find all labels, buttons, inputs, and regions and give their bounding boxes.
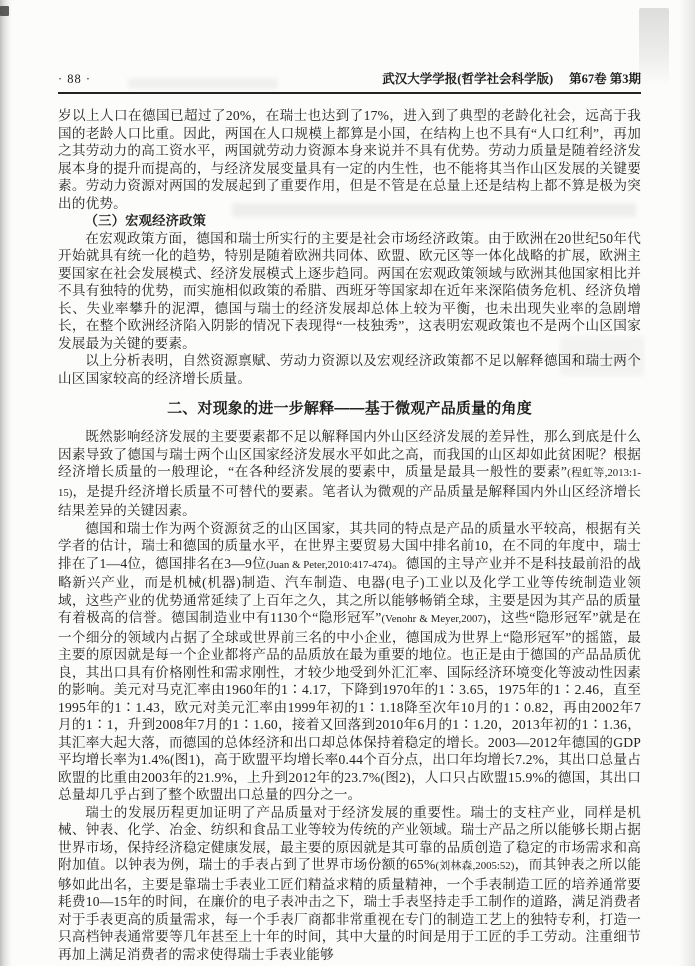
scan-right-edge-shadow (679, 0, 695, 966)
sub-heading: （三）宏观经济政策 (58, 212, 641, 230)
text-run: 岁以上人口在德国已超过了20%，在瑞士也达到了17%，进入到了典型的老龄化社会，… (58, 108, 641, 211)
text-run: （三）宏观经济政策 (85, 213, 206, 228)
scanned-journal-page: · 88 · 武汉大学学报(哲学社会科学版)第67卷 第3期 岁以上人口在德国已… (0, 0, 695, 966)
journal-title: 武汉大学学报(哲学社会科学版) (382, 72, 553, 86)
text-run: 在宏观政策方面，德国和瑞士所实行的主要是社会市场经济政策。由于欧洲在20世纪50… (58, 231, 641, 351)
scan-left-edge-shadow (0, 0, 12, 966)
issue-info: 第67卷 第3期 (569, 72, 641, 86)
paragraph: 岁以上人口在德国已超过了20%，在瑞士也达到了17%，进入到了典型的老龄化社会，… (58, 107, 641, 212)
scan-right-top-shadow (639, 8, 669, 86)
paragraph: 在宏观政策方面，德国和瑞士所实行的主要是社会市场经济政策。由于欧洲在20世纪50… (58, 230, 641, 353)
header-rule (58, 92, 641, 94)
paragraph: 德国和瑞士作为两个资源贫乏的山区国家，其共同的特点是产品的质量水平较高，根据有关… (58, 520, 641, 804)
journal-header: 武汉大学学报(哲学社会科学版)第67卷 第3期 (382, 72, 641, 87)
page-number: · 88 · (58, 72, 91, 87)
inline-citation: (Venohr & Meyer,2007) (382, 613, 487, 625)
inline-citation: (刘林森,2005:52) (435, 860, 514, 872)
text-run: ，这些“隐形冠军”就是在一个细分的领域内占据了全球或世界前三名的中小企业，德国成… (58, 610, 641, 802)
scan-corner-mark (0, 6, 9, 16)
text-run: 以上分析表明，自然资源禀赋、劳动力资源以及宏观经济政策都不足以解释德国和瑞士两个… (58, 353, 641, 386)
inline-citation: (Juan & Peter,2010:417-474) (266, 559, 392, 571)
page-content: · 88 · 武汉大学学报(哲学社会科学版)第67卷 第3期 岁以上人口在德国已… (58, 72, 641, 963)
text-run: 二、对现象的进一步解释——基于微观产品质量的角度 (167, 400, 532, 417)
article-body: 岁以上人口在德国已超过了20%，在瑞士也达到了17%，进入到了典型的老龄化社会，… (58, 107, 641, 963)
paragraph: 以上分析表明，自然资源禀赋、劳动力资源以及宏观经济政策都不足以解释德国和瑞士两个… (58, 352, 641, 387)
paragraph: 既然影响经济发展的主要要素都不足以解释国内外山区经济发展的差异性，那么到底是什么… (58, 428, 641, 520)
paragraph: 瑞士的发展历程更加证明了产品质量对于经济发展的重要性。瑞士的支柱产业，同样是机械… (58, 804, 641, 964)
text-run: 既然影响经济发展的主要要素都不足以解释国内外山区经济发展的差异性，那么到底是什么… (58, 429, 641, 479)
page-header: · 88 · 武汉大学学报(哲学社会科学版)第67卷 第3期 (58, 72, 641, 87)
section-heading: 二、对现象的进一步解释——基于微观产品质量的角度 (58, 399, 641, 419)
text-run: ，而其钟表之所以能够如此出名，主要是靠瑞士手表业工匠们精益求精的质量精神，一个手… (58, 857, 641, 962)
text-run: ，是提升经济增长质量不可替代的要素。笔者认为微观的产品质量是解释国内外山区经济增… (58, 484, 641, 519)
